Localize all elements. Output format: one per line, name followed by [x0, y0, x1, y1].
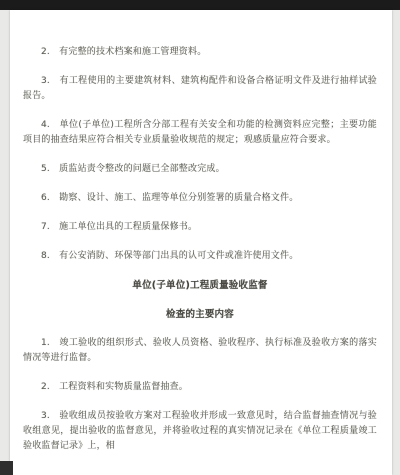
document-page-viewport: 2. 有完整的技术档案和施工管理资料。 3. 有工程使用的主要建筑材料、建筑构配…: [0, 0, 400, 475]
top-bar: [0, 0, 400, 10]
section-heading: 单位(子单位)工程质量验收监督: [23, 278, 377, 293]
page-corner-mark: [0, 461, 13, 475]
document-page: 2. 有完整的技术档案和施工管理资料。 3. 有工程使用的主要建筑材料、建筑构配…: [10, 10, 392, 475]
doc-paragraph-item-6: 6. 勘察、设计、施工、监理等单位分别签署的质量合格文件。: [23, 191, 377, 206]
doc-paragraph-item-5: 5. 质监站责令整改的问题已全部整改完成。: [23, 162, 377, 177]
doc-paragraph-item-4: 4. 单位(子单位)工程所含分部工程有关安全和功能的检测资料应完整；主要功能项目…: [23, 118, 377, 148]
doc-paragraph-check-1: 1. 竣工验收的组织形式、验收人员资格、验收程序、执行标准及验收方案的落实情况等…: [23, 336, 377, 366]
doc-paragraph-check-2: 2. 工程资料和实物质量监督抽查。: [23, 380, 377, 395]
doc-paragraph-item-2: 2. 有完整的技术档案和施工管理资料。: [23, 45, 377, 60]
doc-paragraph-check-3: 3. 验收组成员按验收方案对工程验收并形成一致意见时，结合监督抽查情况与验收组意…: [23, 409, 377, 454]
doc-paragraph-item-7: 7. 施工单位出具的工程质量保修书。: [23, 220, 377, 235]
doc-paragraph-item-3: 3. 有工程使用的主要建筑材料、建筑构配件和设备合格证明文件及进行抽样试验报告。: [23, 74, 377, 104]
doc-paragraph-item-8: 8. 有公安消防、环保等部门出具的认可文件或准许使用文件。: [23, 249, 377, 264]
sub-heading: 检查的主要内容: [23, 307, 377, 322]
